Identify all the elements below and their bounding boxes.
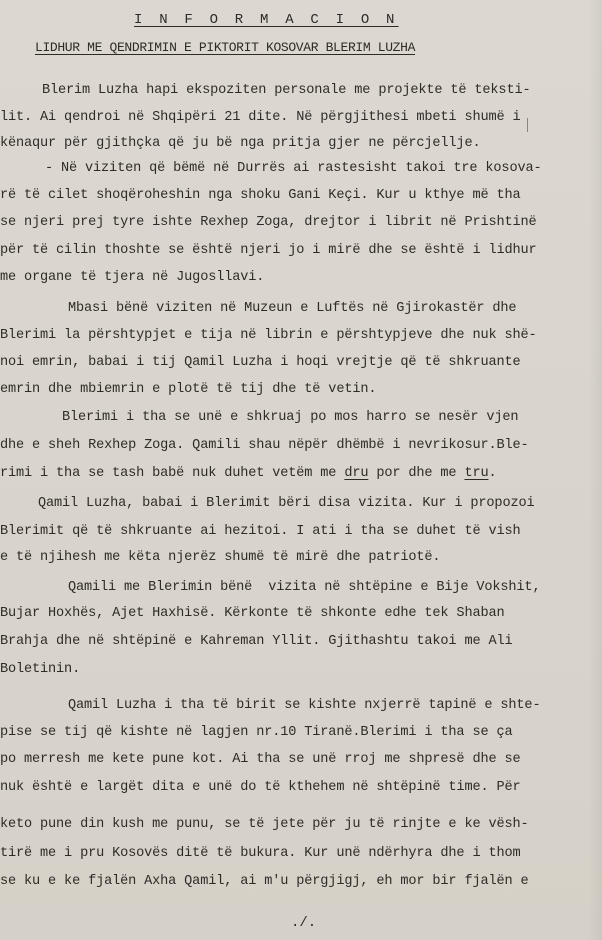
text-line: pise se tij që kishte në lagjen nr.10 Ti… (0, 725, 513, 740)
text-line: tirë me i pru Kosovës ditë të bukura. Ku… (0, 846, 521, 861)
text-line: Qamil Luzha, babai i Blerimit bëri disa … (38, 496, 534, 511)
text-line: e të njihesh me këta njerëz shumë të mir… (0, 550, 440, 565)
document-title: I N F O R M A C I O N (134, 12, 399, 28)
text-line: emrin dhe mbiemrin e plotë të tij dhe të… (0, 382, 376, 397)
text-line: Qamil Luzha i tha të birit se kishte nxj… (68, 698, 540, 713)
continuation-mark: ./. (291, 915, 316, 931)
text-line: Blerimi i tha se unë e shkruaj po mos ha… (62, 410, 518, 425)
text-line: Bujar Hoxhës, Ajet Haxhisë. Kërkonte të … (0, 606, 504, 621)
text-line: se njeri prej tyre ishte Rexhep Zoga, dr… (0, 215, 537, 230)
text-segment: rimi i tha se tash babë nuk duhet vetëm … (0, 466, 344, 481)
text-line: po merresh me kete pune kot. Ai tha se u… (0, 752, 521, 767)
document-subtitle: LIDHUR ME QENDRIMIN E PIKTORIT KOSOVAR B… (35, 40, 415, 55)
text-line: Blerim Luzha hapi ekspoziten personale m… (42, 83, 530, 98)
text-line: dhe e sheh Rexhep Zoga. Qamili shau nëpë… (0, 438, 529, 453)
text-line: Mbasi bënë viziten në Muzeun e Luftës në… (68, 301, 516, 316)
text-line: se ku e ke fjalën Axha Qamil, ai m'u për… (0, 874, 529, 889)
text-segment: por dhe me (368, 466, 464, 481)
text-line: nuk është e largët dita e unë do të kthe… (0, 780, 521, 795)
text-line: Brahja dhe në shtëpinë e Kahreman Yllit.… (0, 634, 513, 649)
text-line: - Në viziten që bëmë në Durrës ai rastes… (45, 161, 541, 176)
text-line: Blerimi la përshtypjet e tija në librin … (0, 328, 537, 343)
text-line: lit. Ai qendroi në Shqipëri 21 dite. Në … (0, 110, 521, 125)
text-line: noi emrin, babai i tij Qamil Luzha i hoq… (0, 355, 521, 370)
text-line: rë të cilet shoqëroheshin nga shoku Gani… (0, 188, 521, 203)
text-line: kënaqur për gjithçka që ju bë nga pritja… (0, 136, 480, 151)
underlined-word: tru (464, 466, 488, 481)
text-line: Boletinin. (0, 662, 80, 677)
text-segment: . (488, 466, 496, 481)
text-line: Qamili me Blerimin bënë vizita në shtëpi… (68, 580, 540, 595)
text-line: rimi i tha se tash babë nuk duhet vetëm … (0, 466, 497, 481)
text-line: Blerimit që të shkruante ai hezitoi. I a… (0, 524, 521, 539)
document-page: I N F O R M A C I O N LIDHUR ME QENDRIMI… (0, 0, 602, 940)
underlined-word: dru (344, 466, 368, 481)
pencil-mark (527, 118, 528, 132)
page-edge-shadow (588, 0, 602, 940)
text-line: për të cilin thoshte se është njeri jo i… (0, 243, 537, 258)
text-line: keto pune din kush me punu, se të jete p… (0, 817, 529, 832)
text-line: me organe të tjera në Jugosllavi. (0, 270, 264, 285)
